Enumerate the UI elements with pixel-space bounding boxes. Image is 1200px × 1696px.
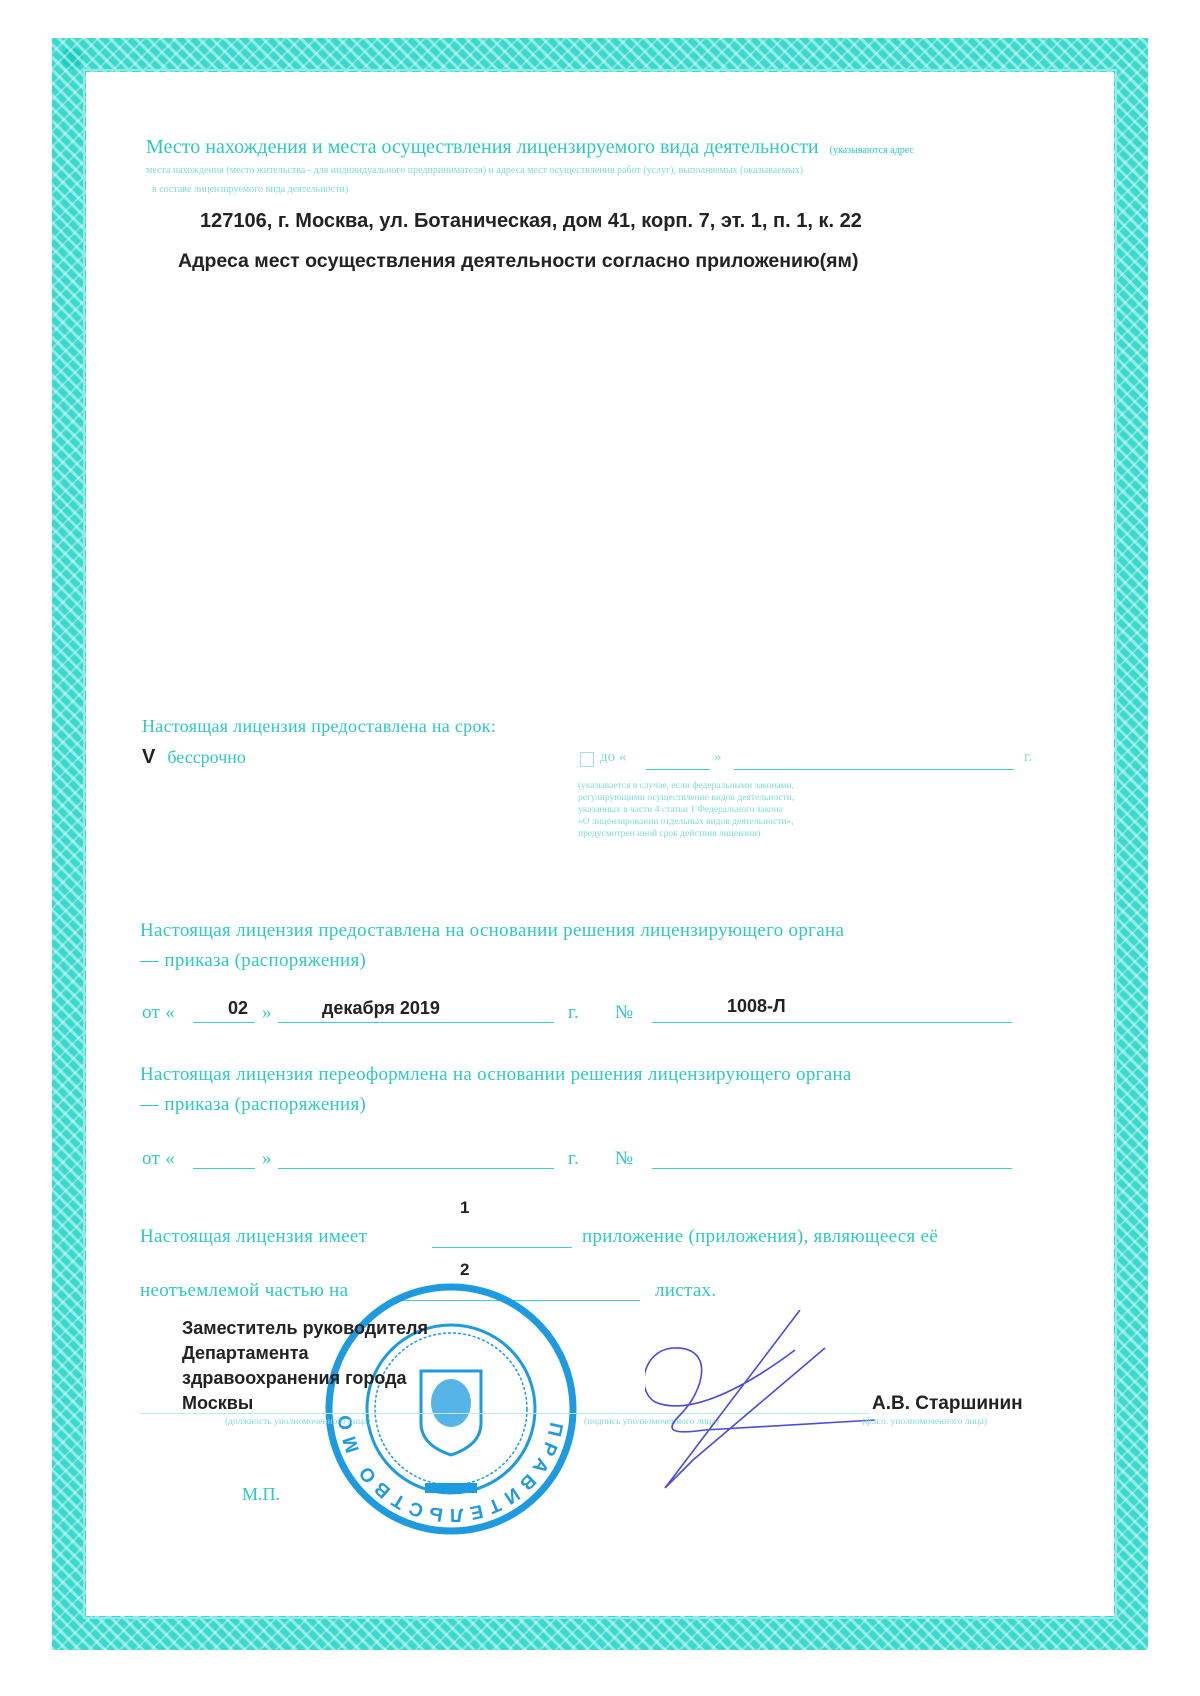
basis-day: 02 — [228, 998, 248, 1019]
term-until-note: (указывается в случае, если федеральными… — [578, 780, 794, 840]
section-title: Место нахождения и места осуществления л… — [146, 136, 914, 159]
reissue-number-label: № — [615, 1148, 633, 1170]
appendix-count: 1 — [460, 1198, 469, 1218]
basis-quote: » — [262, 1002, 272, 1024]
reissue-date-field[interactable] — [278, 1168, 554, 1169]
signatory-name: А.В. Старшинин — [872, 1393, 1023, 1415]
position-line: здравоохранения города — [182, 1366, 428, 1391]
basis-year-suffix: г. — [568, 1002, 579, 1024]
term-until-year-suffix: г. — [1024, 749, 1032, 766]
note-line: предусмотрен иной срок действия лицензии… — [578, 828, 794, 840]
section-title-text: Место нахождения и места осуществления л… — [146, 136, 819, 158]
reissue-number-field[interactable] — [652, 1168, 1012, 1169]
basis-number: 1008-Л — [727, 996, 786, 1017]
basis-line1: Настоящая лицензия предоставлена на осно… — [140, 920, 844, 942]
reissue-year-suffix: г. — [568, 1148, 579, 1170]
seal-label: М.П. — [242, 1484, 280, 1505]
basis-number-line — [652, 1022, 1012, 1023]
appendix-line2-suffix: листах. — [655, 1280, 716, 1302]
basis-number-label: № — [615, 1002, 633, 1024]
basis-from-label: от « — [142, 1002, 175, 1024]
basis-month-year: декабря 2019 — [322, 998, 440, 1019]
basis-date-line — [278, 1022, 554, 1023]
position-line-rule — [140, 1413, 580, 1414]
appendix-line1-prefix: Настоящая лицензия имеет — [140, 1226, 367, 1248]
signatory-position: Заместитель руководителя Департамента зд… — [182, 1316, 428, 1416]
term-indefinite-label: бессрочно — [167, 747, 246, 767]
term-indefinite-option[interactable]: V бессрочно — [142, 746, 246, 769]
address-value: 127106, г. Москва, ул. Ботаническая, дом… — [200, 210, 862, 233]
note-line: регулирующими осуществление видов деятел… — [578, 792, 794, 804]
term-until-label: до « — [600, 749, 626, 766]
reissue-line2: — приказа (распоряжения) — [140, 1094, 366, 1116]
term-until-checkbox[interactable] — [580, 752, 594, 767]
section-title-note: (указываются адрес — [830, 145, 914, 156]
reissue-day-field[interactable] — [193, 1168, 255, 1169]
position-caption: (должность уполномоченного лица) — [225, 1417, 370, 1427]
position-line: Департамента — [182, 1341, 428, 1366]
name-caption: (ф.и.о. уполномоченного лица) — [862, 1417, 987, 1427]
handwritten-signature — [645, 1310, 875, 1490]
note-line: указанных в части 4 статьи 1 Федеральног… — [578, 804, 794, 816]
check-mark-icon: V — [142, 746, 155, 768]
term-label: Настоящая лицензия предоставлена на срок… — [142, 716, 496, 737]
reissue-line1: Настоящая лицензия переоформлена на осно… — [140, 1064, 852, 1086]
basis-line2: — приказа (распоряжения) — [140, 950, 366, 972]
appendix-count-line — [432, 1247, 572, 1248]
appendix-line2-prefix: неотъемлемой частью на — [140, 1280, 348, 1302]
position-line: Заместитель руководителя — [182, 1316, 428, 1341]
reissue-from-label: от « — [142, 1148, 175, 1170]
appendix-sheets: 2 — [460, 1260, 469, 1280]
note-line: «О лицензировании отдельных видов деятел… — [578, 816, 794, 828]
note-line: (указывается в случае, если федеральными… — [578, 780, 794, 792]
term-until-quote: » — [714, 749, 722, 766]
section-note-line3: в составе лицензируемого вида деятельнос… — [152, 184, 348, 195]
reissue-quote: » — [262, 1148, 272, 1170]
term-until-date-field[interactable] — [734, 769, 1014, 770]
basis-day-line — [193, 1022, 255, 1023]
appendix-line1-suffix: приложение (приложения), являющееся её — [582, 1226, 938, 1248]
addresses-note: Адреса мест осуществления деятельности с… — [178, 250, 858, 273]
term-until-day-field[interactable] — [646, 769, 710, 770]
section-note-line2: места нахождения (место жительства - для… — [146, 165, 803, 176]
